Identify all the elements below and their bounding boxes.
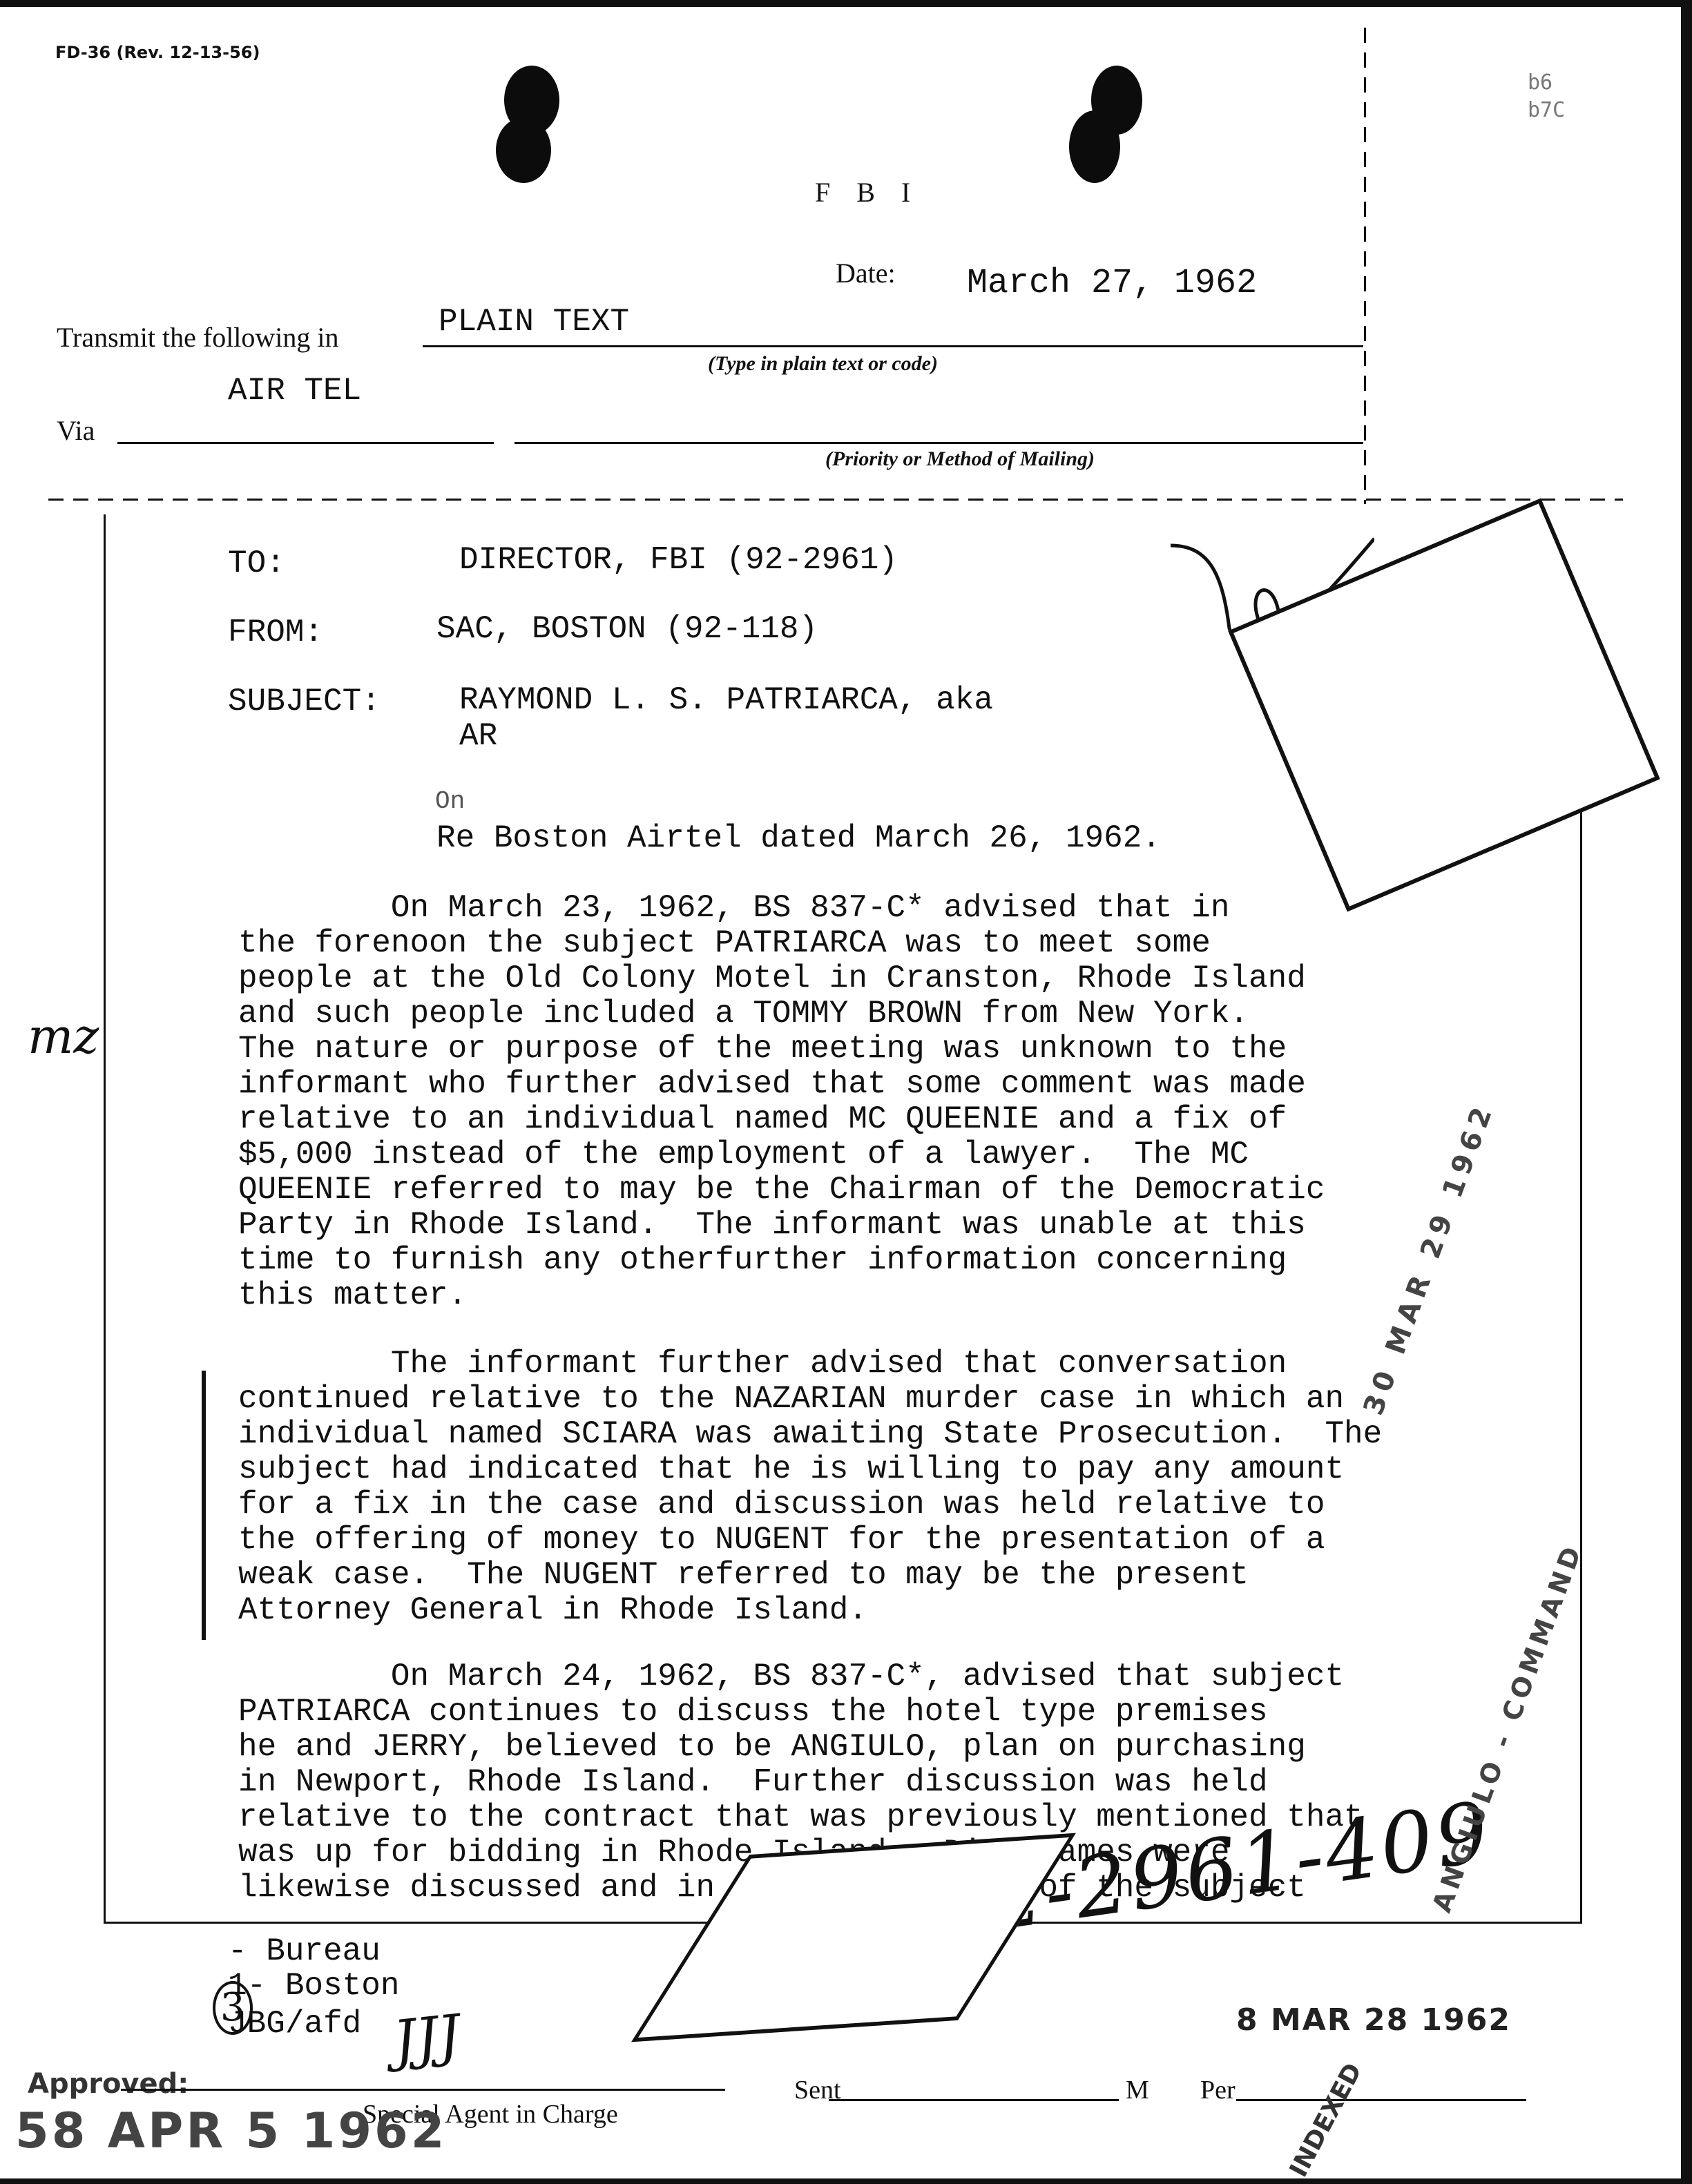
body-line: the offering of money to NUGENT for the … <box>238 1523 1550 1558</box>
from-value: SAC, BOSTON (92-118) <box>436 611 818 647</box>
body-line: individual named SCIARA was awaiting Sta… <box>238 1417 1550 1452</box>
approved-underline <box>121 2089 725 2091</box>
punch-hole <box>1069 110 1120 183</box>
body-line: he and JERRY, believed to be ANGIULO, pl… <box>238 1730 1550 1765</box>
distribution-bureau: - Bureau <box>228 1933 381 1969</box>
dashed-divider-vertical <box>1364 28 1366 504</box>
scan-border-bottom <box>0 2178 1692 2184</box>
via-underline <box>117 442 494 444</box>
form-number: FD-36 (Rev. 12-13-56) <box>55 43 260 62</box>
distribution-boston: 1- Boston <box>228 1968 399 2004</box>
date-value: March 27, 1962 <box>967 264 1257 303</box>
m-label: M <box>1126 2075 1149 2105</box>
body-paragraph-1: On March 23, 1962, BS 837-C* advised tha… <box>238 891 1550 1313</box>
scan-border-right <box>1681 0 1692 2184</box>
body-line: in Newport, Rhode Island. Further discus… <box>238 1765 1550 1800</box>
body-line: informant who further advised that some … <box>238 1067 1550 1102</box>
typist-initials: JBG/afd <box>228 2006 361 2042</box>
margin-bracket <box>202 1371 206 1640</box>
body-line: $5,000 instead of the employment of a la… <box>238 1137 1550 1172</box>
subject-label: SUBJECT: <box>228 684 381 719</box>
to-label: TO: <box>228 545 285 581</box>
subject-line-2: AR <box>459 718 497 754</box>
body-line: the forenoon the subject PATRIARCA was t… <box>238 926 1550 961</box>
reference-line: Re Boston Airtel dated March 26, 1962. <box>436 820 1161 856</box>
agency-title: F B I <box>815 176 920 209</box>
body-line: Party in Rhode Island. The informant was… <box>238 1208 1550 1243</box>
priority-underline <box>515 442 1363 444</box>
handwritten-initials: JJJ <box>390 2002 463 2074</box>
scan-border-top <box>0 0 1692 7</box>
exemption-code: b6 <box>1528 69 1552 97</box>
body-line: and such people included a TOMMY BROWN f… <box>238 996 1550 1032</box>
margin-initials: mz <box>28 1008 99 1065</box>
body-line: QUEENIE referred to may be the Chairman … <box>238 1172 1550 1208</box>
body-line: for a fix in the case and discussion was… <box>238 1487 1550 1523</box>
approved-label: Approved: <box>28 2068 189 2100</box>
message-frame-left <box>104 514 106 1923</box>
message-frame-right <box>1580 766 1582 1923</box>
body-line: The nature or purpose of the meeting was… <box>238 1032 1550 1067</box>
body-paragraph-2: The informant further advised that conve… <box>238 1346 1550 1628</box>
body-line: weak case. The NUGENT referred to may be… <box>238 1558 1550 1593</box>
per-underline <box>1236 2099 1526 2101</box>
body-line: The informant further advised that conve… <box>238 1346 1550 1382</box>
punch-hole <box>496 117 551 183</box>
transmit-value: PLAIN TEXT <box>439 304 629 340</box>
sent-underline <box>829 2099 1119 2101</box>
date-label: Date: <box>836 257 896 289</box>
filed-stamp: 58 APR 5 1962 <box>15 2103 447 2159</box>
via-hint: (Priority or Method of Mailing) <box>825 447 1095 471</box>
dashed-divider-horizontal <box>48 499 1623 501</box>
via-label: Via <box>57 414 95 447</box>
exemption-code: b7C <box>1528 97 1565 124</box>
indexed-stamp: INDEXED <box>1285 2058 1368 2181</box>
date-received-stamp: 8 MAR 28 1962 <box>1236 2002 1511 2038</box>
body-line: relative to an individual named MC QUEEN… <box>238 1102 1550 1137</box>
to-value: DIRECTOR, FBI (92-2961) <box>459 542 898 578</box>
body-line: On March 24, 1962, BS 837-C*, advised th… <box>238 1659 1550 1694</box>
method-value: AIR TEL <box>228 373 361 409</box>
body-line: time to furnish any otherfurther informa… <box>238 1243 1550 1278</box>
per-label: Per <box>1200 2075 1236 2105</box>
subject-line-1: RAYMOND L. S. PATRIARCA, aka <box>459 682 993 718</box>
transmit-label: Transmit the following in <box>57 321 339 354</box>
body-line: this matter. <box>238 1278 1550 1313</box>
from-label: FROM: <box>228 615 323 650</box>
reference-mark: On <box>435 787 465 815</box>
body-line: subject had indicated that he is willing… <box>238 1452 1550 1487</box>
body-line: PATRIARCA continues to discuss the hotel… <box>238 1694 1550 1730</box>
body-line: people at the Old Colony Motel in Cranst… <box>238 961 1550 996</box>
transmit-underline <box>423 345 1363 347</box>
body-line: continued relative to the NAZARIAN murde… <box>238 1382 1550 1417</box>
body-line: Attorney General in Rhode Island. <box>238 1593 1550 1628</box>
transmit-hint: (Type in plain text or code) <box>708 352 938 376</box>
